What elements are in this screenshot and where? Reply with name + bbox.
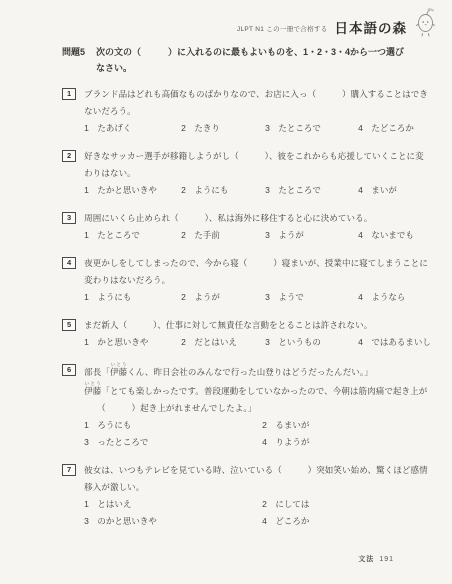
answer-option: 4 ようなら — [358, 289, 438, 306]
answer-options: 1 かと思いきや2 だとはいえ3 というもの4 ではあるまいし — [84, 334, 438, 351]
question-text-line: 好きなサッカー選手が移籍しようがし（ ）、彼をこれからも応援していくことに変 — [84, 148, 438, 165]
question-number-box: 4 — [62, 257, 76, 269]
question-text-line: 伊藤いとう「とても楽しかったです。普段運動をしていなかったので、今朝は筋肉痛で起… — [84, 381, 438, 400]
answer-option: 1 たあげく — [84, 120, 181, 137]
answer-option: 1 たかと思いきや — [84, 182, 181, 199]
question-text-line: ないだろう。 — [84, 103, 438, 120]
question-item: 6 部長「伊藤いとうくん、昨日会社のみんなで行った山登りはどうだったんだい。」伊… — [62, 362, 438, 451]
question-text-line: まだ新人（ ）、仕事に対して無責任な言動をとることは許されない。 — [84, 317, 438, 334]
question-text: 彼女は、いつもテレビを見ている時、泣いている（ ）突如笑い始め、驚くほど感情移入… — [84, 462, 438, 496]
question-item: 4 夜更かしをしてしまったので、今から寝（ ）寝まいが、授業中に寝てしまうことに… — [62, 255, 438, 306]
answer-option: 1 とはいえ — [84, 496, 262, 513]
question-text-line: 部長「伊藤いとうくん、昨日会社のみんなで行った山登りはどうだったんだい。」 — [84, 362, 438, 381]
question-number-box: 7 — [62, 464, 76, 476]
answer-option: 3 たところで — [265, 120, 358, 137]
answer-option: 4 まいが — [358, 182, 438, 199]
answer-option: 2 ようが — [181, 289, 265, 306]
answer-options: 1 たところで2 た手前3 ようが4 ないまでも — [84, 227, 438, 244]
answer-option: 2 るまいが — [262, 417, 438, 434]
answer-option: 1 ろうにも — [84, 417, 262, 434]
answer-option: 3 ようで — [265, 289, 358, 306]
answer-option: 3 ったところで — [84, 434, 262, 451]
answer-option: 1 ようにも — [84, 289, 181, 306]
answer-option: 4 りようが — [262, 434, 438, 451]
answer-options: 1 とはいえ2 にしては3 のかと思いきや4 どころか — [84, 496, 438, 530]
question-text-line: 周囲にいくら止められ（ ）、私は海外に移住すると心に決めている。 — [84, 210, 438, 227]
answer-option: 2 にしては — [262, 496, 438, 513]
question-number-box: 6 — [62, 364, 76, 376]
question-item: 3 周囲にいくら止められ（ ）、私は海外に移住すると心に決めている。 1 たとこ… — [62, 210, 438, 244]
question-text: まだ新人（ ）、仕事に対して無責任な言動をとることは許されない。 — [84, 317, 438, 334]
page-footer: 文法191 — [358, 554, 394, 564]
answer-option: 4 どころか — [262, 513, 438, 530]
question-text: 夜更かしをしてしまったので、今から寝（ ）寝まいが、授業中に寝てしまうことに変わ… — [84, 255, 438, 289]
problem-instruction-line2: なさい。 — [96, 60, 434, 76]
answer-option: 2 ようにも — [181, 182, 265, 199]
answer-option: 3 のかと思いきや — [84, 513, 262, 530]
question-number-box: 5 — [62, 319, 76, 331]
question-item: 7 彼女は、いつもテレビを見ている時、泣いている（ ）突如笑い始め、驚くほど感情… — [62, 462, 438, 530]
problem-number: 問題5 — [62, 44, 96, 76]
answer-options: 1 ろうにも2 るまいが3 ったところで4 りようが — [84, 417, 438, 451]
answer-options: 1 たかと思いきや2 ようにも3 たところで4 まいが — [84, 182, 438, 199]
question-text: 好きなサッカー選手が移籍しようがし（ ）、彼をこれからも応援していくことに変わり… — [84, 148, 438, 182]
question-number-box: 2 — [62, 150, 76, 162]
answer-option: 2 だとはいえ — [181, 334, 265, 351]
answer-option: 4 たどころか — [358, 120, 438, 137]
answer-option: 4 ではあるまいし — [358, 334, 438, 351]
answer-options: 1 たあげく2 たきり3 たところで4 たどころか — [84, 120, 438, 137]
question-number-box: 1 — [62, 88, 76, 100]
answer-option: 3 たところで — [265, 182, 358, 199]
problem-instruction-line1: 次の文の（ ）に入れるのに最もよいものを、1・2・3・4から一つ選び — [96, 44, 434, 60]
answer-option: 3 ようが — [265, 227, 358, 244]
question-text-line: （ ）起き上がれませんでしたよ。」 — [84, 400, 438, 417]
question-text-line: 彼女は、いつもテレビを見ている時、泣いている（ ）突如笑い始め、驚くほど感情 — [84, 462, 438, 479]
question-text: 部長「伊藤いとうくん、昨日会社のみんなで行った山登りはどうだったんだい。」伊藤い… — [84, 362, 438, 417]
question-number-box: 3 — [62, 212, 76, 224]
question-item: 2 好きなサッカー選手が移籍しようがし（ ）、彼をこれからも応援していくことに変… — [62, 148, 438, 199]
answer-option: 2 た手前 — [181, 227, 265, 244]
mascot-icon — [414, 8, 438, 38]
question-item: 1 ブランド品はどれも高価なものばかりなので、お店に入っ（ ）購入することはでき… — [62, 86, 438, 137]
question-item: 5 まだ新人（ ）、仕事に対して無責任な言動をとることは許されない。 1 かと思… — [62, 317, 438, 351]
footer-section-label: 文法 — [358, 556, 374, 563]
question-text-line: ブランド品はどれも高価なものばかりなので、お店に入っ（ ）購入することはでき — [84, 86, 438, 103]
question-text: ブランド品はどれも高価なものばかりなので、お店に入っ（ ）購入することはできない… — [84, 86, 438, 120]
question-text-line: わりはない。 — [84, 165, 438, 182]
footer-page-number: 191 — [379, 556, 394, 563]
question-text-line: 移入が激しい。 — [84, 479, 438, 496]
problem-heading: 問題5 次の文の（ ）に入れるのに最もよいものを、1・2・3・4から一つ選び な… — [62, 44, 434, 76]
textbook-page: JLPT N1 この一冊で合格する 日本語の森 問題5 次の文の（ ）に入れるの… — [0, 0, 452, 584]
answer-option: 4 ないまでも — [358, 227, 438, 244]
answer-option: 2 たきり — [181, 120, 265, 137]
page-header: JLPT N1 この一冊で合格する 日本語の森 — [237, 12, 438, 38]
brand-logo: 日本語の森 — [335, 14, 408, 37]
answer-option: 3 というもの — [265, 334, 358, 351]
answer-option: 1 かと思いきや — [84, 334, 181, 351]
question-text-line: 夜更かしをしてしまったので、今から寝（ ）寝まいが、授業中に寝てしまうことに — [84, 255, 438, 272]
question-list: 1 ブランド品はどれも高価なものばかりなので、お店に入っ（ ）購入することはでき… — [62, 86, 438, 541]
header-tagline: JLPT N1 この一冊で合格する — [237, 18, 328, 33]
question-text: 周囲にいくら止められ（ ）、私は海外に移住すると心に決めている。 — [84, 210, 438, 227]
answer-options: 1 ようにも2 ようが3 ようで4 ようなら — [84, 289, 438, 306]
answer-option: 1 たところで — [84, 227, 181, 244]
question-text-line: 変わりはないだろう。 — [84, 272, 438, 289]
